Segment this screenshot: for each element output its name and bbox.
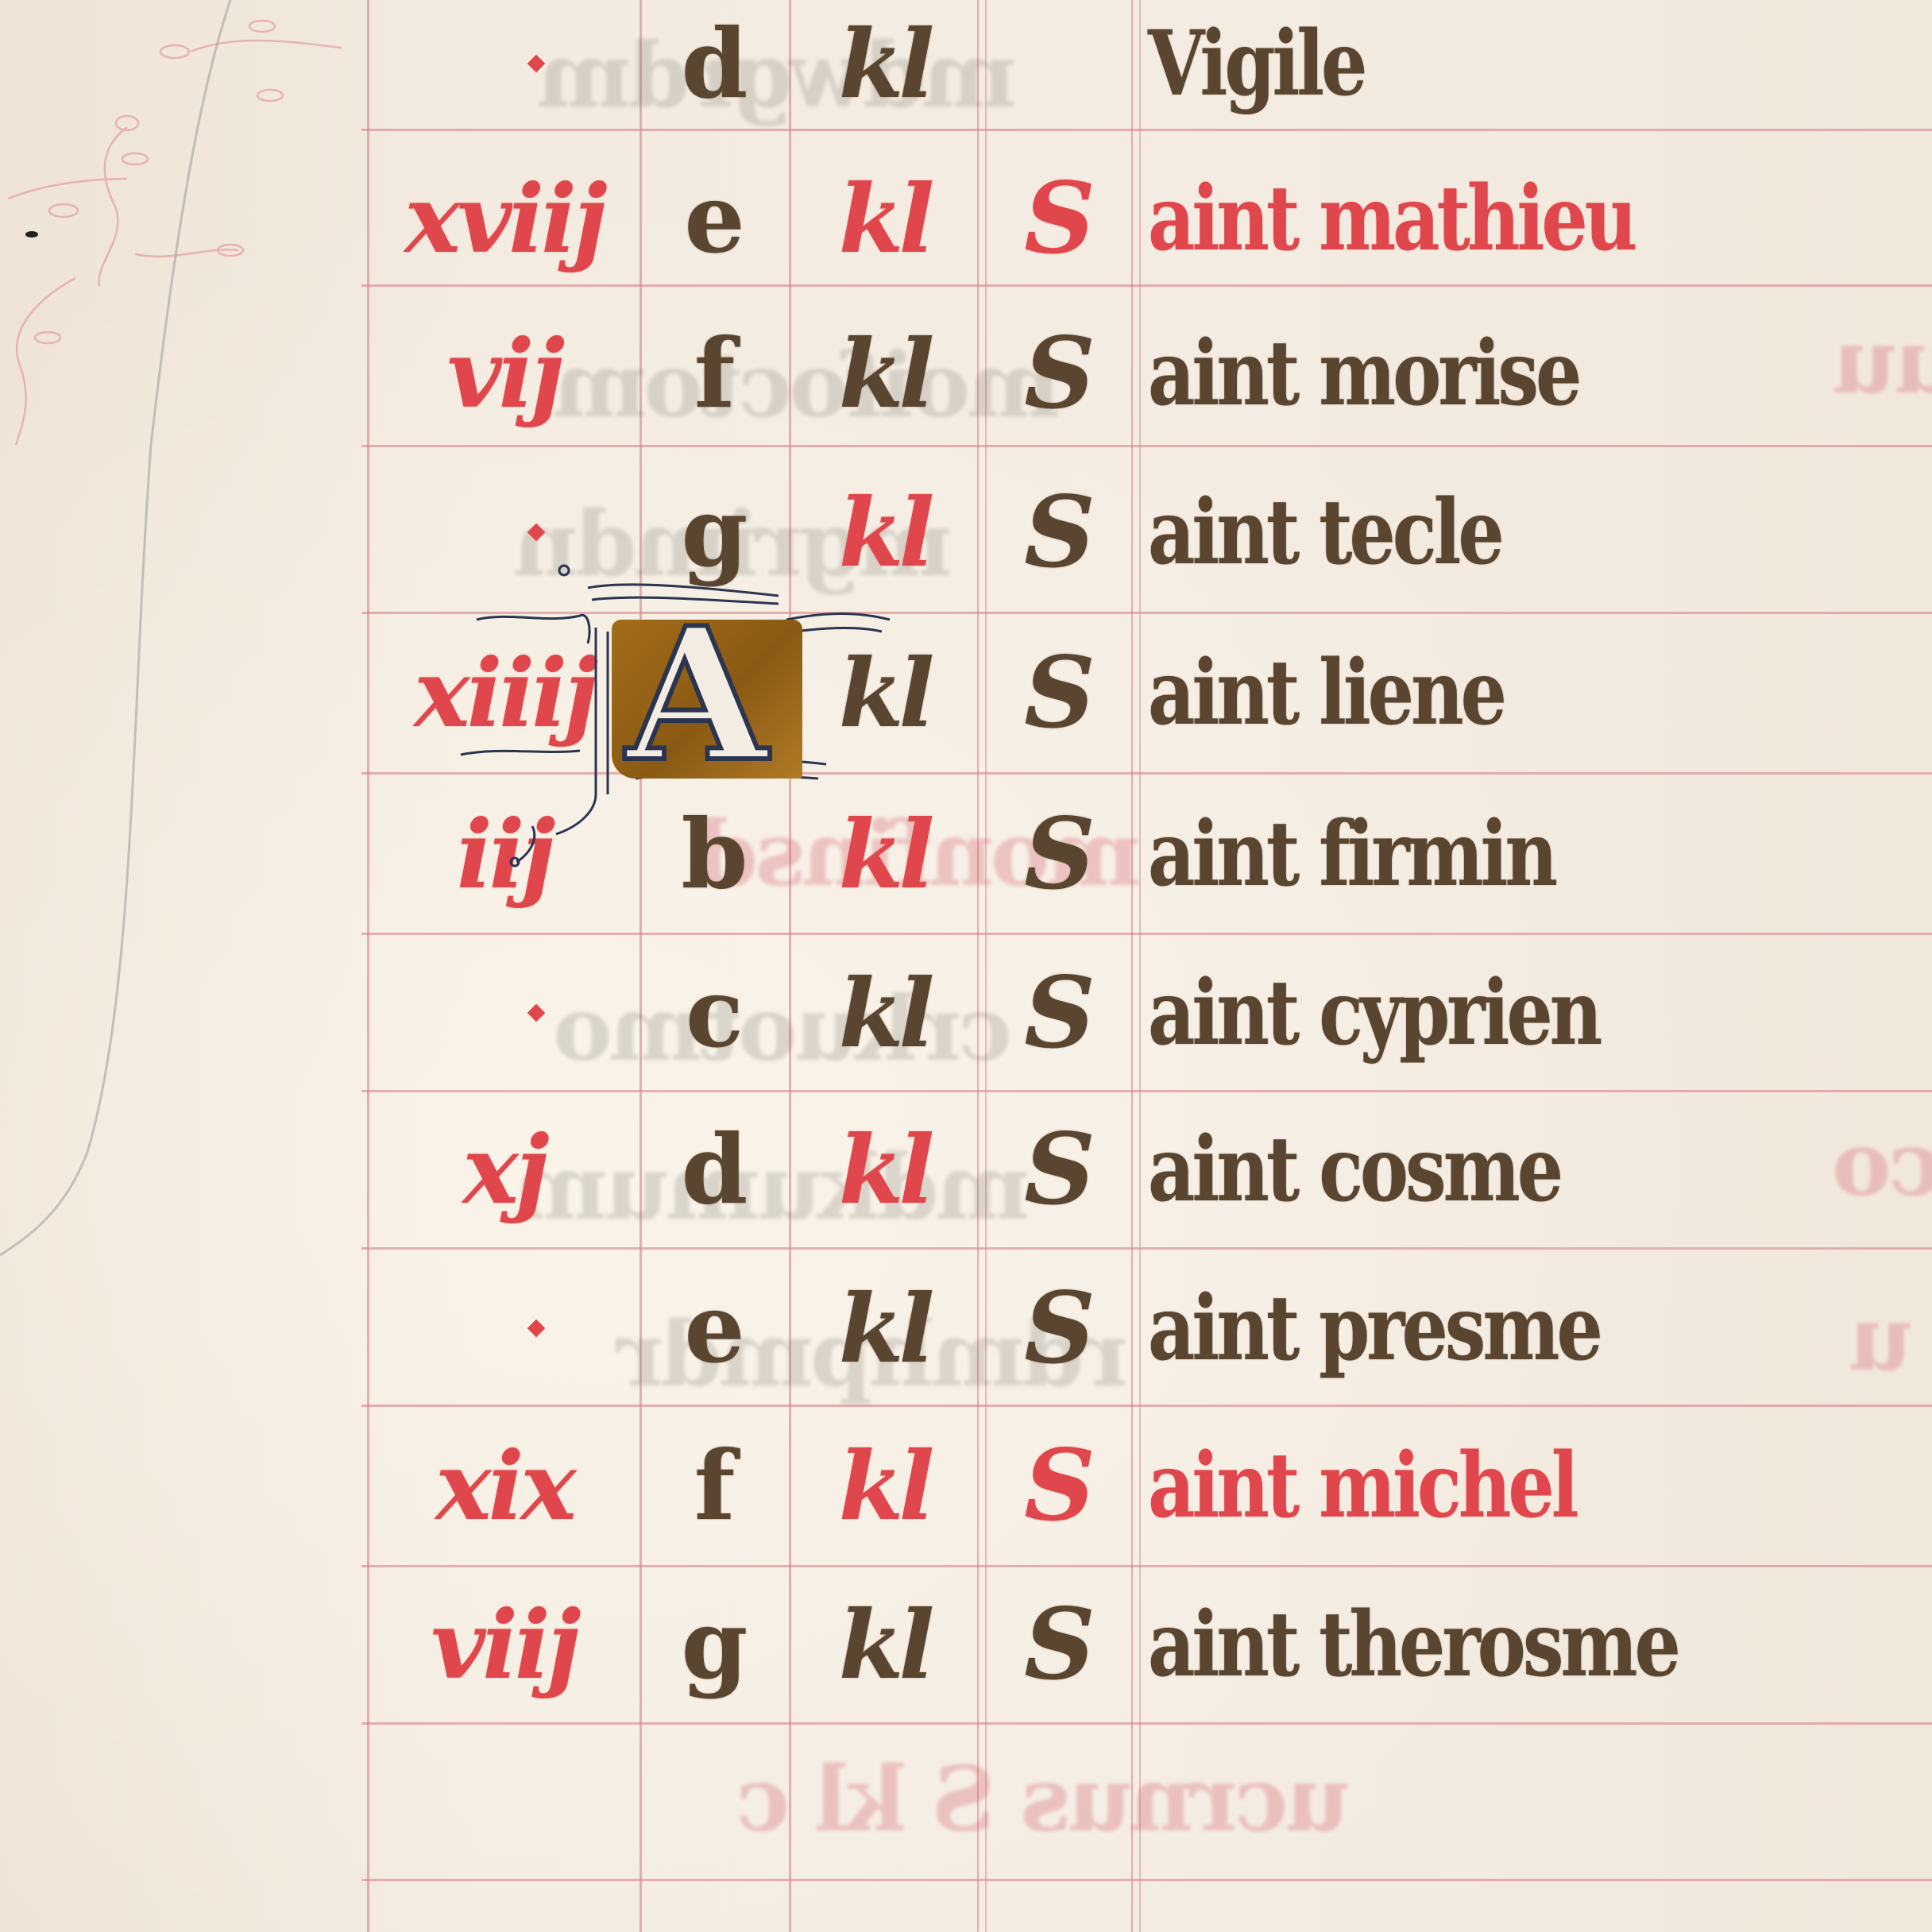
calendar-row: xjdklSaint cosme [0, 1090, 1932, 1249]
saint-initial-s: S [980, 139, 1140, 298]
calendar-row: dklVigile [0, 0, 1932, 143]
saint-name: aint tecle [1148, 453, 1793, 612]
dominical-letter: e [640, 139, 789, 298]
saint-name: Vigile [1148, 0, 1793, 143]
saint-initial-s: S [980, 1406, 1140, 1565]
kalends-abbrev: kl [789, 0, 980, 143]
saint-initial-s: S [980, 1565, 1140, 1724]
calendar-row: viijgklSaint therosme [0, 1565, 1932, 1724]
saint-initial-s: S [980, 453, 1140, 612]
saint-initial-s: S [980, 294, 1140, 453]
calendar-row: vijfklSaint morise [0, 294, 1932, 453]
saint-initial-s: S [980, 1249, 1140, 1408]
saint-name [1148, 1724, 1793, 1883]
calendar-row: xixfklSaint michel [0, 1406, 1932, 1565]
golden-number [373, 1724, 636, 1883]
dominical-letter: c [640, 933, 789, 1092]
kalends-abbrev: kl [789, 933, 980, 1092]
calendar-row [0, 1724, 1932, 1883]
dominical-letter: g [640, 1565, 789, 1724]
golden-number [373, 933, 636, 1092]
golden-number: vij [373, 294, 636, 453]
dominical-letter: e [640, 1249, 789, 1408]
saint-name: aint cosme [1148, 1090, 1793, 1249]
calendar-row: cklSaint cyprien [0, 933, 1932, 1092]
kalends-abbrev: kl [789, 1249, 980, 1408]
rubric-dot-icon [527, 1320, 546, 1338]
dominical-letter: d [640, 1090, 789, 1249]
saint-name: aint cyprien [1148, 933, 1793, 1092]
calendar-row: eklSaint presme [0, 1249, 1932, 1408]
rubric-dot-icon [527, 55, 546, 73]
calendar-row: iijbklSaint firmin [0, 775, 1932, 933]
golden-number [373, 0, 636, 143]
golden-number: xix [373, 1406, 636, 1565]
dominical-letter: f [640, 294, 789, 453]
saint-initial-s: S [980, 775, 1140, 933]
saint-name: aint mathieu [1148, 139, 1793, 298]
calendar-row: xiiijklSaint liene [0, 613, 1932, 772]
saint-initial-s [980, 1724, 1140, 1883]
saint-initial-s: S [980, 933, 1140, 1092]
rubric-dot-icon [527, 1004, 546, 1022]
saint-name: aint therosme [1148, 1565, 1793, 1724]
kalends-abbrev: kl [789, 1406, 980, 1565]
kalends-abbrev: kl [789, 294, 980, 453]
illuminated-initial: A [445, 556, 922, 874]
golden-number: xviij [373, 139, 636, 298]
saint-name: aint liene [1148, 613, 1793, 772]
rubric-dot-icon [527, 524, 546, 542]
golden-number [373, 1249, 636, 1408]
kalends-abbrev: kl [789, 139, 980, 298]
kalends-abbrev: kl [789, 1090, 980, 1249]
dominical-letter: f [640, 1406, 789, 1565]
saint-name: aint firmin [1148, 775, 1793, 933]
saint-initial-s: S [980, 1090, 1140, 1249]
kalends-abbrev [789, 1724, 980, 1883]
saint-initial-s: S [980, 613, 1140, 772]
golden-number: viij [373, 1565, 636, 1724]
dominical-letter [640, 1724, 789, 1883]
golden-number: xj [373, 1090, 636, 1249]
saint-name: aint presme [1148, 1249, 1793, 1408]
calendar-row: xviijeklSaint mathieu [0, 139, 1932, 298]
saint-name: aint morise [1148, 294, 1793, 453]
saint-initial-s [980, 0, 1140, 143]
saint-name: aint michel [1148, 1406, 1793, 1565]
dominical-letter: d [640, 0, 789, 143]
kalends-abbrev: kl [789, 1565, 980, 1724]
initial-letter: A [626, 604, 767, 786]
manuscript-page: mdwgrdm moifoctom mgrimdn monfinsd crkuo… [0, 0, 1932, 1932]
calendar-row: gklSaint tecle [0, 453, 1932, 612]
